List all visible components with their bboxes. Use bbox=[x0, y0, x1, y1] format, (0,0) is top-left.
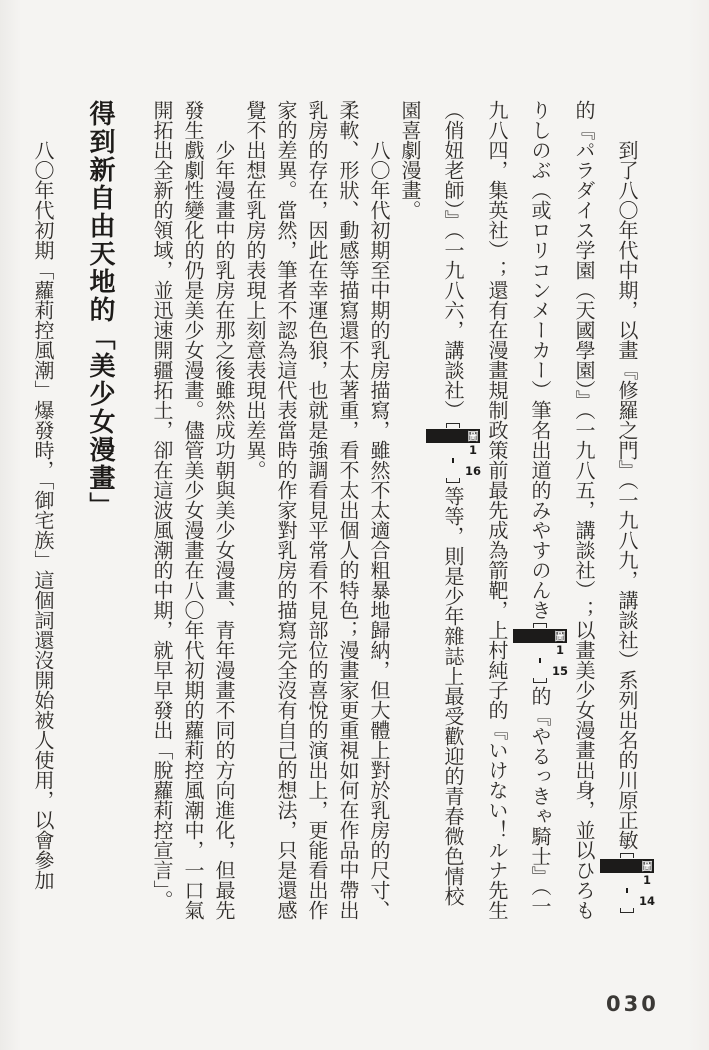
bracket-bottom-icon bbox=[533, 678, 547, 683]
bracket-bottom-icon bbox=[446, 478, 460, 483]
hyphen-icon bbox=[452, 458, 454, 463]
bracket-top-icon bbox=[533, 623, 547, 628]
figure-label-box: 圖 bbox=[600, 859, 654, 873]
hyphen-icon bbox=[626, 888, 628, 893]
figure-number: 14 bbox=[599, 895, 655, 907]
paragraph: 到了八〇年代中期，以畫『修羅之門』（一九八九，講談社）系列出名的川原正敏圖114… bbox=[394, 100, 655, 921]
figure-ref-icon: 圖116 bbox=[425, 423, 481, 483]
paragraph: 八〇年代初期「蘿莉控風潮」爆發時，「御宅族」這個詞還沒開始被人使用，以會參加 bbox=[27, 100, 58, 921]
paragraph: 少年漫畫中的乳房在那之後雖然成功朝與美少女漫畫、青年漫畫不同的方向進化，但最先發… bbox=[146, 100, 239, 921]
figure-label-box: 圖 bbox=[426, 429, 480, 443]
figure-number: 1 bbox=[429, 444, 477, 456]
figure-number: 16 bbox=[425, 465, 481, 477]
figure-number: 1 bbox=[603, 874, 651, 886]
book-page: 到了八〇年代中期，以畫『修羅之門』（一九八九，講談社）系列出名的川原正敏圖114… bbox=[0, 0, 709, 1050]
figure-ref-icon: 圖115 bbox=[512, 623, 568, 683]
article-body: 到了八〇年代中期，以畫『修羅之門』（一九八九，講談社）系列出名的川原正敏圖114… bbox=[27, 100, 655, 921]
figure-number: 1 bbox=[516, 644, 564, 656]
figure-label-box: 圖 bbox=[513, 629, 567, 643]
bracket-bottom-icon bbox=[620, 908, 634, 913]
hyphen-icon bbox=[539, 658, 541, 663]
page-number: 030 bbox=[606, 992, 659, 1016]
section-heading: 得到新自由天地的「美少女漫畫」 bbox=[80, 100, 120, 921]
bracket-top-icon bbox=[446, 423, 460, 428]
paragraph: 八〇年代初期至中期的乳房描寫，雖然不太適合粗暴地歸納，但大體上對於乳房的尺寸、柔… bbox=[239, 100, 394, 921]
bracket-top-icon bbox=[620, 853, 634, 858]
figure-ref-icon: 圖114 bbox=[599, 853, 655, 913]
figure-number: 15 bbox=[512, 665, 568, 677]
